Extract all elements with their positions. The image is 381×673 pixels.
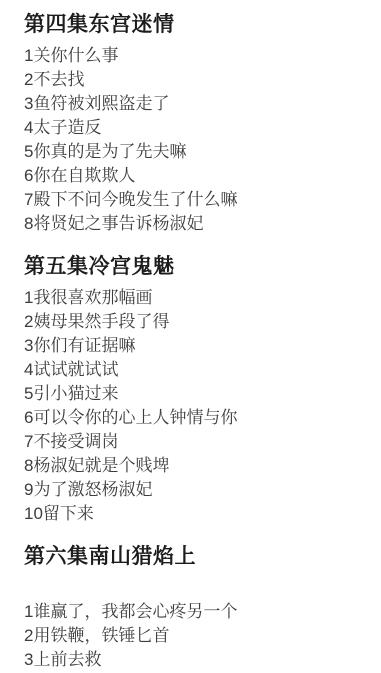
list-item: 1关你什么事 <box>24 44 361 68</box>
list-item: 7殿下不问今晚发生了什么嘛 <box>24 188 361 212</box>
list-item: 3你们有证据嘛 <box>24 334 361 358</box>
section-lines: 1谁赢了，我都会心疼另一个 2用铁鞭，铁锤匕首 3上前去救 <box>24 576 361 672</box>
list-item: 1我很喜欢那幅画 <box>24 286 361 310</box>
list-item: 5你真的是为了先夫嘛 <box>24 140 361 164</box>
list-item: 7不接受调岗 <box>24 430 361 454</box>
list-item: 9为了激怒杨淑妃 <box>24 478 361 502</box>
list-item: 8杨淑妃就是个贱埤 <box>24 454 361 478</box>
list-item: 5引小猫过来 <box>24 382 361 406</box>
list-item: 6你在自欺欺人 <box>24 164 361 188</box>
section-title: 第四集东宫迷情 <box>24 10 361 40</box>
episode-section: 第五集冷宫鬼魅 1我很喜欢那幅画 2姨母果然手段了得 3你们有证据嘛 4试试就试… <box>24 252 361 526</box>
document-page: 第四集东宫迷情 1关你什么事 2不去找 3鱼符被刘熙盗走了 4太子造反 5你真的… <box>0 0 381 672</box>
section-title: 第五集冷宫鬼魅 <box>24 252 361 282</box>
list-item: 2姨母果然手段了得 <box>24 310 361 334</box>
list-item: 8将贤妃之事告诉杨淑妃 <box>24 212 361 236</box>
list-item: 6可以令你的心上人钟情与你 <box>24 406 361 430</box>
list-item: 4试试就试试 <box>24 358 361 382</box>
episode-section: 第六集南山猎焰上 1谁赢了，我都会心疼另一个 2用铁鞭，铁锤匕首 3上前去救 <box>24 542 361 672</box>
list-item: 3鱼符被刘熙盗走了 <box>24 92 361 116</box>
section-lines: 1关你什么事 2不去找 3鱼符被刘熙盗走了 4太子造反 5你真的是为了先夫嘛 6… <box>24 44 361 236</box>
blank-line <box>24 576 361 600</box>
list-item: 4太子造反 <box>24 116 361 140</box>
list-item: 2用铁鞭，铁锤匕首 <box>24 624 361 648</box>
section-title: 第六集南山猎焰上 <box>24 542 361 572</box>
list-item: 1谁赢了，我都会心疼另一个 <box>24 600 361 624</box>
section-lines: 1我很喜欢那幅画 2姨母果然手段了得 3你们有证据嘛 4试试就试试 5引小猫过来… <box>24 286 361 526</box>
list-item: 3上前去救 <box>24 648 361 672</box>
list-item: 10留下来 <box>24 502 361 526</box>
episode-section: 第四集东宫迷情 1关你什么事 2不去找 3鱼符被刘熙盗走了 4太子造反 5你真的… <box>24 10 361 236</box>
list-item: 2不去找 <box>24 68 361 92</box>
